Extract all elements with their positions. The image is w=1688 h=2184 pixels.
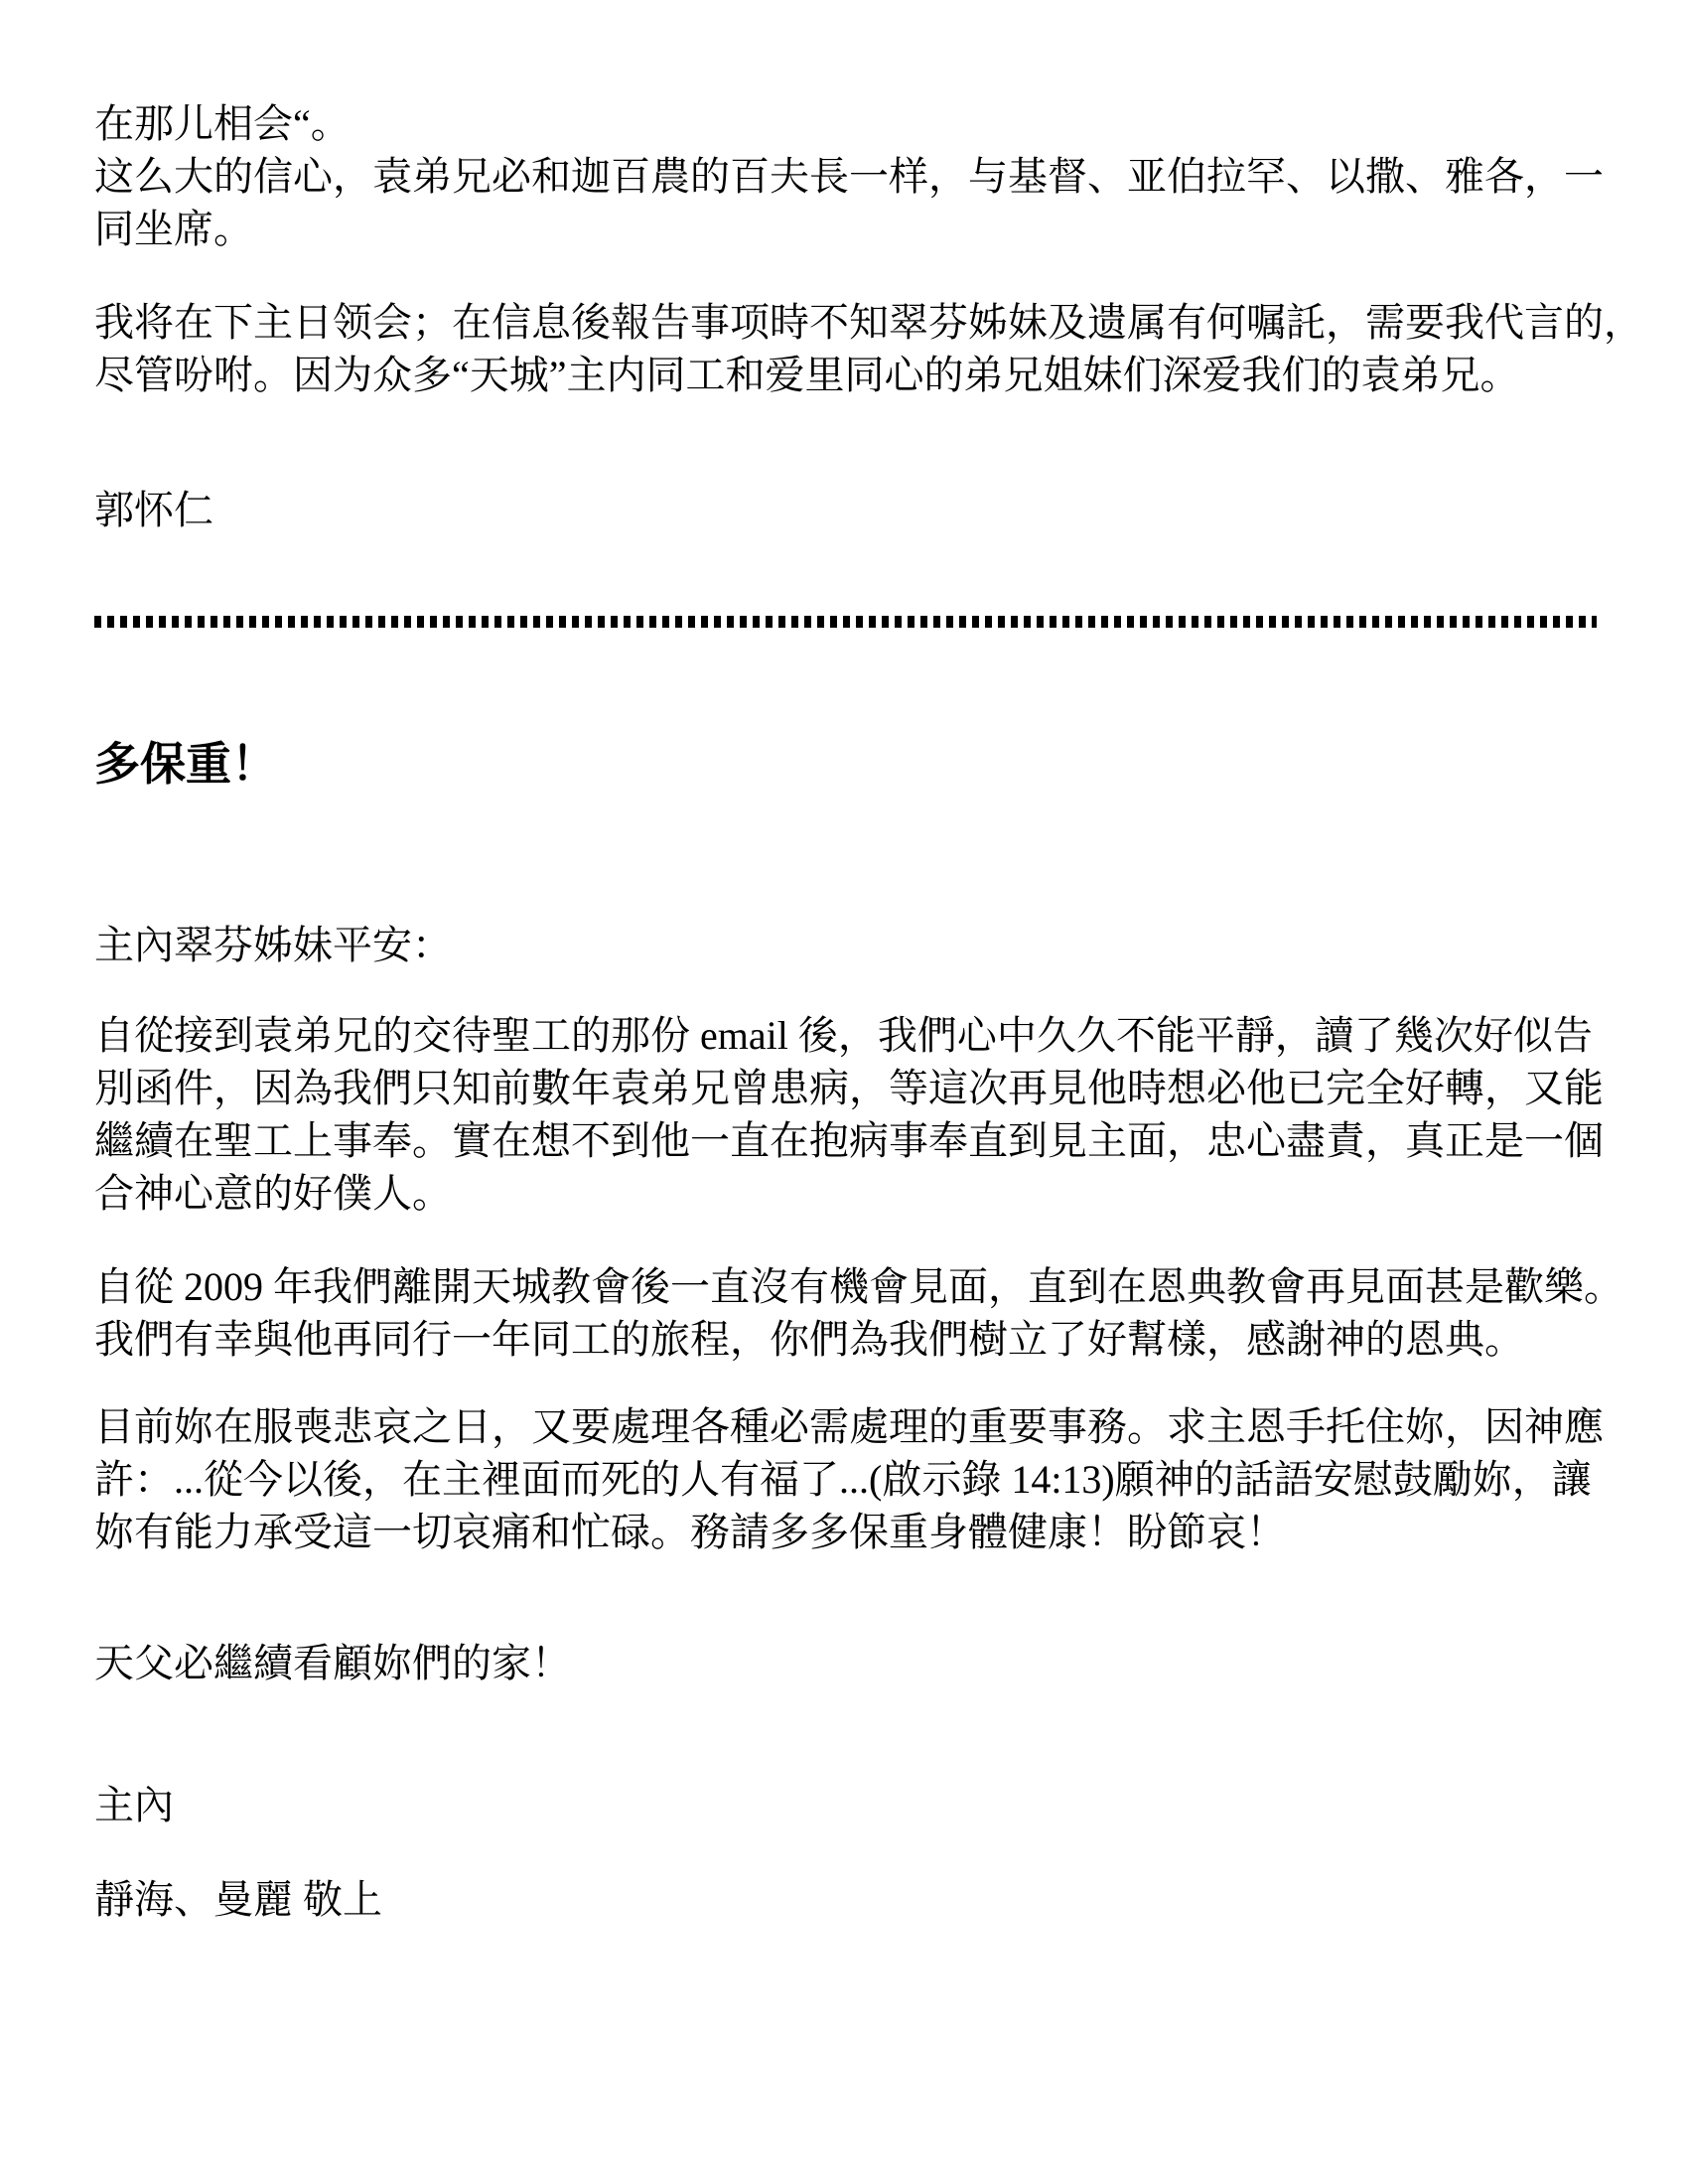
text-line: 別函件，因為我們只知前數年袁弟兄曾患病，等這次再見他時想必他已完全好轉，又能 (94, 1062, 1604, 1114)
paragraph-2009-reunion: 自從 2009 年我們離開天城教會後一直沒有機會見面，直到在恩典教會再見面甚是歡… (94, 1260, 1623, 1366)
signature-first-writer: 郭怀仁 (94, 484, 213, 536)
text-line: 自從接到袁弟兄的交待聖工的那份 email 後，我們心中久久不能平靜，讀了幾次好… (94, 1009, 1604, 1062)
text-line: 主內 (94, 1779, 174, 1831)
text-line: 郭怀仁 (94, 484, 213, 536)
text-line: 尽管吩咐。因为众多“天城”主内同工和爱里同心的弟兄姐妹们深爱我们的袁弟兄。 (94, 349, 1643, 401)
signature-second-writers: 靜海、曼麗 敬上 (94, 1873, 382, 1926)
blessing-line: 天父必繼續看顧妳們的家！ (94, 1637, 571, 1689)
text-line: 繼續在聖工上事奉。實在想不到他一直在抱病事奉直到見主面，忠心盡責，真正是一個 (94, 1114, 1604, 1167)
letter-page: 在那儿相会“。 这么大的信心，袁弟兄必和迦百農的百夫長一样，与基督、亚伯拉罕、以… (0, 0, 1688, 2184)
text-line: 我将在下主日领会；在信息後報告事项時不知翠芬姊妹及遗属有何嘱託，需要我代言的， (94, 296, 1643, 349)
text-line: 主內翠芬姊妹平安： (94, 919, 452, 971)
text-line: 目前妳在服喪悲哀之日，又要處理各種必需處理的重要事務。求主恩手托住妳，因神應 (94, 1400, 1604, 1453)
text-line: 妳有能力承受這一切哀痛和忙碌。務請多多保重身體健康！盼節哀！ (94, 1506, 1604, 1558)
paragraph-comfort: 目前妳在服喪悲哀之日，又要處理各種必需處理的重要事務。求主恩手托住妳，因神應 許… (94, 1400, 1604, 1558)
dotted-divider (94, 616, 1597, 628)
text-line: 許：...從今以後，在主裡面而死的人有福了...(啟示錄 14:13)願神的話語… (94, 1453, 1604, 1506)
heading-take-care: 多保重！ (94, 736, 277, 792)
paragraph-sunday-service: 我将在下主日领会；在信息後報告事项時不知翠芬姊妹及遗属有何嘱託，需要我代言的， … (94, 296, 1643, 401)
paragraph-faith: 在那儿相会“。 这么大的信心，袁弟兄必和迦百農的百夫長一样，与基督、亚伯拉罕、以… (94, 97, 1604, 255)
text-line: 合神心意的好僕人。 (94, 1167, 1604, 1220)
text-line: 多保重！ (94, 736, 277, 792)
paragraph-email-news: 自從接到袁弟兄的交待聖工的那份 email 後，我們心中久久不能平靜，讀了幾次好… (94, 1009, 1604, 1220)
text-line: 天父必繼續看顧妳們的家！ (94, 1637, 571, 1689)
closing-in-the-lord: 主內 (94, 1779, 174, 1831)
salutation: 主內翠芬姊妹平安： (94, 919, 452, 971)
text-line: 这么大的信心，袁弟兄必和迦百農的百夫長一样，与基督、亚伯拉罕、以撒、雅各，一 (94, 150, 1604, 203)
text-line: 自從 2009 年我們離開天城教會後一直沒有機會見面，直到在恩典教會再見面甚是歡… (94, 1260, 1623, 1313)
text-line: 靜海、曼麗 敬上 (94, 1873, 382, 1926)
text-line: 同坐席。 (94, 203, 1604, 255)
text-line: 在那儿相会“。 (94, 97, 1604, 150)
text-line: 我們有幸與他再同行一年同工的旅程，你們為我們樹立了好幫樣，感謝神的恩典。 (94, 1313, 1623, 1366)
